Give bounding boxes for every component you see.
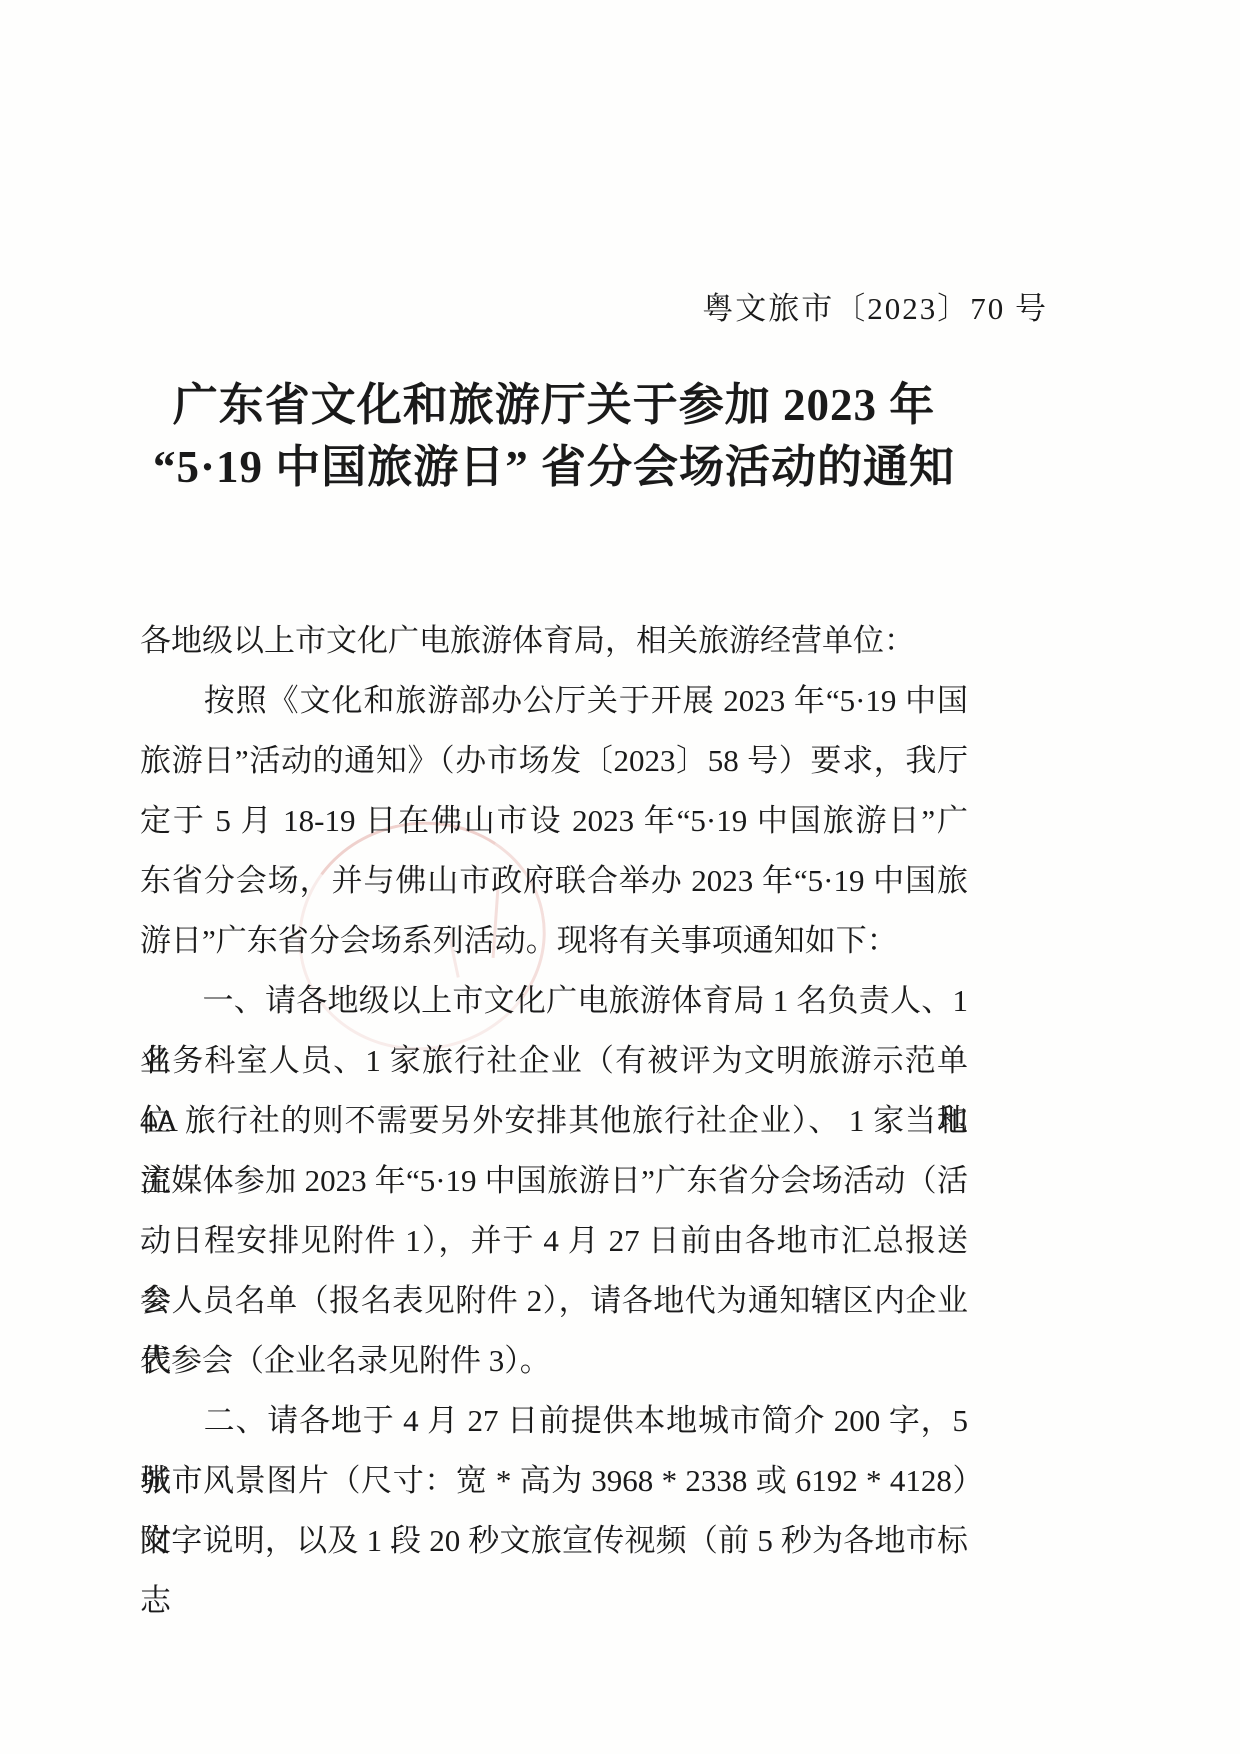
body-line: 表参会（企业名录见附件 3）。 [140,1331,968,1391]
title-line-2: “5·19 中国旅游日” 省分会场活动的通知 [140,436,968,498]
body-line: 旅游日”活动的通知》（办市场发〔2023〕58 号）要求，我厅 [140,731,968,791]
body-line: 动日程安排见附件 1），并于 4 月 27 日前由各地市汇总报送参 [140,1211,968,1271]
body-line: 文字说明，以及 1 段 20 秒文旅宣传视频（前 5 秒为各地市标志 [140,1511,968,1571]
scanned-document-page: 粤文旅市〔2023〕70 号 广东省文化和旅游厅关于参加 2023 年 “5·1… [0,0,1240,1754]
body-line: 游日”广东省分会场系列活动。现将有关事项通知如下： [140,911,968,971]
document-title: 广东省文化和旅游厅关于参加 2023 年 “5·19 中国旅游日” 省分会场活动… [140,374,968,498]
body-line: 按照《文化和旅游部办公厅关于开展 2023 年“5·19 中国 [140,671,968,731]
body-line: 一、请各地级以上市文化广电旅游体育局 1 名负责人、1 名 [140,971,968,1031]
body-line: 各地级以上市文化广电旅游体育局，相关旅游经营单位： [140,611,968,671]
body-line: 定于 5 月 18-19 日在佛山市设 2023 年“5·19 中国旅游日”广 [140,791,968,851]
body-line: 4A 旅行社的则不需要另外安排其他旅行社企业）、 1 家当地主 [140,1091,968,1151]
body-line: 二、请各地于 4 月 27 日前提供本地城市简介 200 字，5 张 [140,1391,968,1451]
body-line: 城市风景图片（尺寸：宽 * 高为 3968 * 2338 或 6192 * 41… [140,1451,968,1511]
body-line: 流媒体参加 2023 年“5·19 中国旅游日”广东省分会场活动（活 [140,1151,968,1211]
body-text: 各地级以上市文化广电旅游体育局，相关旅游经营单位： 按照《文化和旅游部办公厅关于… [140,611,968,1571]
body-line: 会人员名单（报名表见附件 2），请各地代为通知辖区内企业代 [140,1271,968,1331]
title-line-1: 广东省文化和旅游厅关于参加 2023 年 [140,374,968,436]
body-line: 业务科室人员、1 家旅行社企业（有被评为文明旅游示范单位和 [140,1031,968,1091]
document-reference-number: 粤文旅市〔2023〕70 号 [702,283,1048,328]
body-line: 东省分会场，并与佛山市政府联合举办 2023 年“5·19 中国旅 [140,851,968,911]
